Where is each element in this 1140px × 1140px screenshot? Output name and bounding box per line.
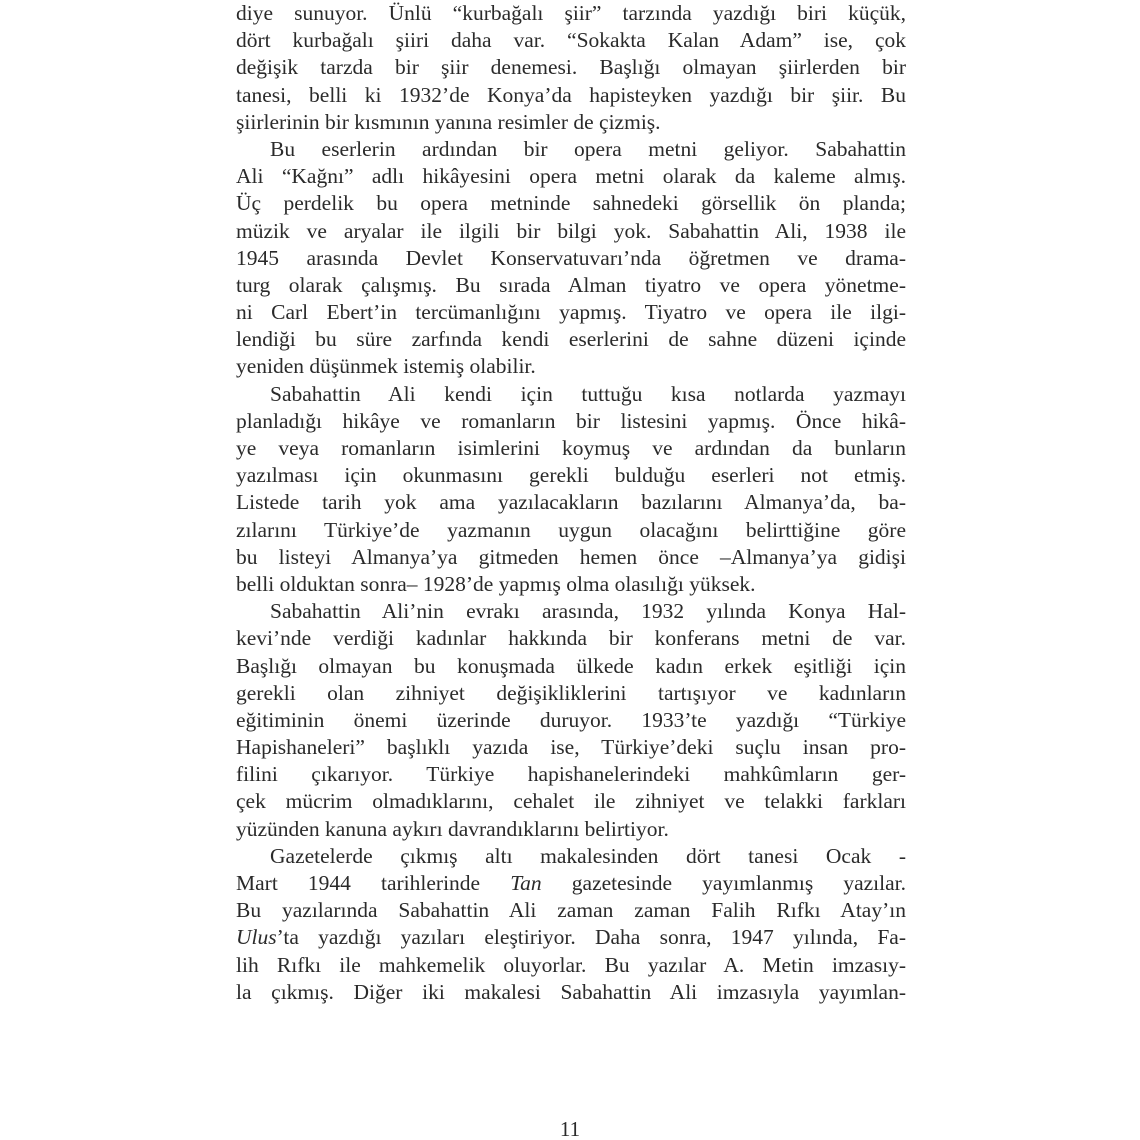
text-line: belli olduktan sonra– 1928’de yapmış olm… — [236, 571, 906, 598]
text-line: değişik tarzda bir şiir denemesi. Başlığ… — [236, 54, 906, 81]
text-line: dört kurbağalı şiiri daha var. “Sokakta … — [236, 27, 906, 54]
text-line: planladığı hikâye ve romanların bir list… — [236, 408, 906, 435]
text-line: Hapishaneleri” başlıklı yazıda ise, Türk… — [236, 734, 906, 761]
paragraph-2: Bu eserlerin ardından bir opera metni ge… — [236, 136, 906, 381]
italic-title: Ulus — [236, 925, 277, 949]
text-line: eğitiminin önemi üzerinde duruyor. 1933’… — [236, 707, 906, 734]
text-line: zılarını Türkiye’de yazmanın uygun olaca… — [236, 517, 906, 544]
text-line: müzik ve aryalar ile ilgili bir bilgi yo… — [236, 218, 906, 245]
text-line: lih Rıfkı ile mahkemelik oluyorlar. Bu y… — [236, 952, 906, 979]
text-line: la çıkmış. Diğer iki makalesi Sabahattin… — [236, 979, 906, 1006]
text-line: Sabahattin Ali’nin evrakı arasında, 1932… — [236, 598, 906, 625]
text-line: diye sunuyor. Ünlü “kurbağalı şiir” tarz… — [236, 0, 906, 27]
text-line: filini çıkarıyor. Türkiye hapishanelerin… — [236, 761, 906, 788]
text-line: yazılması için okunmasını gerekli bulduğ… — [236, 462, 906, 489]
text-line: Gazetelerde çıkmış altı makalesinden dör… — [236, 843, 906, 870]
text-line: yeniden düşünmek istemiş olabilir. — [236, 353, 906, 380]
text-line: ni Carl Ebert’in tercümanlığını yapmış. … — [236, 299, 906, 326]
text-line: gerekli olan zihniyet değişikliklerini t… — [236, 680, 906, 707]
text-line: lendiği bu süre zarfında kendi eserlerin… — [236, 326, 906, 353]
text-line: bu listeyi Almanya’ya gitmeden hemen önc… — [236, 544, 906, 571]
text-line: çek mücrim olmadıklarını, cehalet ile zi… — [236, 788, 906, 815]
text-line: Ali “Kağnı” adlı hikâyesini opera metni … — [236, 163, 906, 190]
text-line: turg olarak çalışmış. Bu sırada Alman ti… — [236, 272, 906, 299]
text-line: Bu yazılarında Sabahattin Ali zaman zama… — [236, 897, 906, 924]
text-line: Ulus’ta yazdığı yazıları eleştiriyor. Da… — [236, 924, 906, 951]
paragraph-4: Sabahattin Ali’nin evrakı arasında, 1932… — [236, 598, 906, 843]
text-line: Mart 1944 tarihlerinde Tan gazetesinde y… — [236, 870, 906, 897]
paragraph-3: Sabahattin Ali kendi için tuttuğu kısa n… — [236, 381, 906, 599]
paragraph-1: diye sunuyor. Ünlü “kurbağalı şiir” tarz… — [236, 0, 906, 136]
italic-title: Tan — [510, 871, 541, 895]
text-line: Üç perdelik bu opera metninde sahnedeki … — [236, 190, 906, 217]
text-line: Listede tarih yok ama yazılacakların baz… — [236, 489, 906, 516]
text-line: Bu eserlerin ardından bir opera metni ge… — [236, 136, 906, 163]
paragraph-5: Gazetelerde çıkmış altı makalesinden dör… — [236, 843, 906, 1006]
text-line: şiirlerinin bir kısmının yanına resimler… — [236, 109, 906, 136]
text-line: Sabahattin Ali kendi için tuttuğu kısa n… — [236, 381, 906, 408]
text-line: yüzünden kanuna aykırı davrandıklarını b… — [236, 816, 906, 843]
text-line: ye veya romanların isimlerini koymuş ve … — [236, 435, 906, 462]
text-line: tanesi, belli ki 1932’de Konya’da hapist… — [236, 82, 906, 109]
document-page: diye sunuyor. Ünlü “kurbağalı şiir” tarz… — [236, 0, 906, 1006]
page-number: 11 — [0, 1117, 1140, 1140]
text-line: kevi’nde verdiği kadınlar hakkında bir k… — [236, 625, 906, 652]
text-line: Başlığı olmayan bu konuşmada ülkede kadı… — [236, 653, 906, 680]
text-line: 1945 arasında Devlet Konservatuvarı’nda … — [236, 245, 906, 272]
